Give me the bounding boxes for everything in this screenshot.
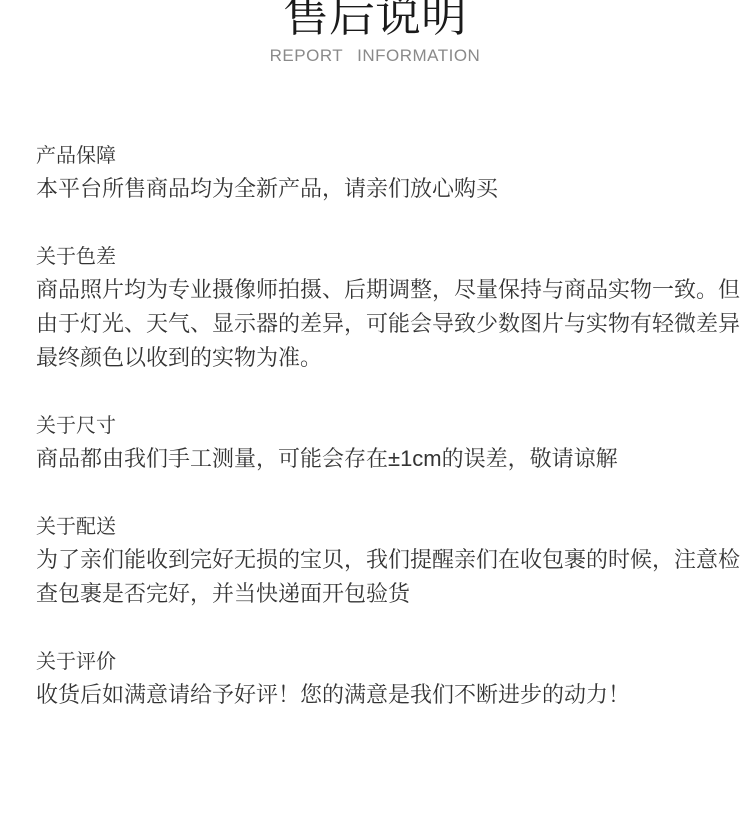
section-body: 为了亲们能收到完好无损的宝贝，我们提醒亲们在收包裹的时候，注意检 查包裹是否完好…: [36, 543, 714, 611]
section-body-line: 商品照片均为专业摄像师拍摄、后期调整，尽量保持与商品实物一致。但: [36, 273, 714, 307]
section-body-line: 商品都由我们手工测量，可能会存在±1cm的误差，敬请谅解: [36, 442, 714, 476]
section-body-line: 本平台所售商品均为全新产品，请亲们放心购买: [36, 172, 714, 206]
section-body: 收货后如满意请给予好评！您的满意是我们不断进步的动力！: [36, 678, 714, 712]
page-title: 售后说明: [0, 0, 750, 38]
section-body-line: 最终颜色以收到的实物为准。: [36, 341, 714, 375]
page-subtitle: REPORT INFORMATION: [0, 46, 750, 66]
section-heading: 关于评价: [36, 651, 714, 673]
section-body: 本平台所售商品均为全新产品，请亲们放心购买: [36, 172, 714, 206]
section-heading: 关于配送: [36, 516, 714, 538]
section-body: 商品都由我们手工测量，可能会存在±1cm的误差，敬请谅解: [36, 442, 714, 476]
page-header: 售后说明 REPORT INFORMATION: [0, 0, 750, 66]
section-heading: 产品保障: [36, 145, 714, 167]
section-heading: 关于色差: [36, 246, 714, 268]
section-heading: 关于尺寸: [36, 415, 714, 437]
section-size: 关于尺寸 商品都由我们手工测量，可能会存在±1cm的误差，敬请谅解: [36, 415, 714, 476]
after-sales-page: 售后说明 REPORT INFORMATION 产品保障 本平台所售商品均为全新…: [0, 0, 750, 827]
section-body-line: 收货后如满意请给予好评！您的满意是我们不断进步的动力！: [36, 678, 714, 712]
section-delivery: 关于配送 为了亲们能收到完好无损的宝贝，我们提醒亲们在收包裹的时候，注意检 查包…: [36, 516, 714, 611]
section-body-line: 为了亲们能收到完好无损的宝贝，我们提醒亲们在收包裹的时候，注意检: [36, 543, 714, 577]
section-body-line: 由于灯光、天气、显示器的差异，可能会导致少数图片与实物有轻微差异: [36, 307, 714, 341]
section-color-difference: 关于色差 商品照片均为专业摄像师拍摄、后期调整，尽量保持与商品实物一致。但 由于…: [36, 246, 714, 375]
section-product-guarantee: 产品保障 本平台所售商品均为全新产品，请亲们放心购买: [36, 145, 714, 206]
section-review: 关于评价 收货后如满意请给予好评！您的满意是我们不断进步的动力！: [36, 651, 714, 712]
section-body: 商品照片均为专业摄像师拍摄、后期调整，尽量保持与商品实物一致。但 由于灯光、天气…: [36, 273, 714, 375]
sections-container: 产品保障 本平台所售商品均为全新产品，请亲们放心购买 关于色差 商品照片均为专业…: [0, 145, 750, 712]
section-body-line: 查包裹是否完好，并当快递面开包验货: [36, 577, 714, 611]
